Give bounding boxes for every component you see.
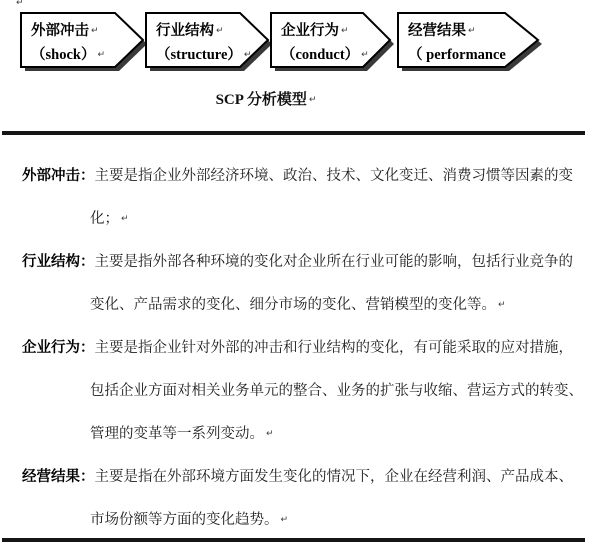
definition-first-line: 企业行为：主要是指企业针对外部的冲击和行业结构的变化，有可能采取的应对措施，	[22, 327, 580, 370]
paragraph-mark-icon: ↵	[468, 26, 476, 36]
definition-first-line: 经营结果：主要是指在外部环境方面发生变化的情况下，企业在经营利润、产品成本、	[22, 456, 580, 499]
definition-text: 变化、产品需求的变化、细分市场的变化、营销模型的变化等。	[90, 297, 496, 313]
document-page: ↵ 外部冲击↵（shock）↵行业结构↵（structure）↵企业行为↵（co…	[0, 0, 590, 550]
flow-box-subtitle: （structure）↵	[156, 43, 251, 67]
paragraph-mark-icon: ↵	[309, 95, 317, 105]
definition-colon: ：	[80, 168, 95, 184]
definition-term: 行业结构	[22, 254, 80, 270]
flow-box-text: 外部冲击↵（shock）↵	[31, 19, 105, 67]
flow-box-text: 企业行为↵（conduct）↵	[281, 19, 369, 67]
flow-box-structure: 行业结构↵（structure）↵	[145, 12, 274, 74]
paragraph-mark-icon: ↵	[281, 515, 289, 525]
flow-box-shock: 外部冲击↵（shock）↵	[20, 12, 149, 74]
flow-box-performance: 经营结果↵（ performance	[397, 12, 544, 74]
definition-text: 主要是指在外部环境方面发生变化的情况下，企业在经营利润、产品成本、	[95, 469, 574, 485]
definition-term: 经营结果	[22, 469, 80, 485]
flow-box-title: 行业结构↵	[156, 19, 251, 43]
flow-box-title: 经营结果↵	[408, 19, 506, 43]
definition-wrapped-line: 管理的变革等一系列变动。↵	[90, 413, 580, 456]
diagram-caption-text: SCP 分析模型	[216, 92, 307, 108]
bottom-divider-rule	[2, 538, 585, 542]
diagram-caption: SCP 分析模型↵	[0, 88, 532, 109]
definition-wrapped-line: 包括企业方面对相关业务单元的整合、业务的扩张与收缩、营运方式的转变、	[90, 370, 580, 413]
definition-wrapped-line: 化；↵	[90, 198, 580, 241]
paragraph-mark-icon: ↵	[266, 429, 274, 439]
definition-colon: ：	[80, 254, 95, 270]
top-divider-rule	[2, 131, 585, 135]
definition-text: 管理的变革等一系列变动。	[90, 426, 264, 442]
flow-box-text: 行业结构↵（structure）↵	[156, 19, 251, 67]
flow-box-subtitle: （shock）↵	[31, 43, 105, 67]
flow-box-text: 经营结果↵（ performance	[408, 19, 506, 67]
definition-term: 企业行为	[22, 340, 80, 356]
paragraph-mark-icon: ↵	[121, 214, 129, 224]
paragraph-mark-icon: ↵	[361, 50, 369, 60]
paragraph-mark-icon: ↵	[16, 0, 24, 8]
paragraph-mark-icon: ↵	[216, 26, 224, 36]
definition-colon: ：	[80, 340, 95, 356]
definition-paragraph: 外部冲击：主要是指企业外部经济环境、政治、技术、文化变迁、消费习惯等因素的变化；…	[22, 155, 580, 241]
definition-first-line: 行业结构：主要是指外部各种环境的变化对企业所在行业可能的影响，包括行业竞争的	[22, 241, 580, 284]
definition-paragraph: 企业行为：主要是指企业针对外部的冲击和行业结构的变化，有可能采取的应对措施，包括…	[22, 327, 580, 456]
definition-first-line: 外部冲击：主要是指企业外部经济环境、政治、技术、文化变迁、消费习惯等因素的变	[22, 155, 580, 198]
paragraph-mark-icon: ↵	[341, 26, 349, 36]
paragraph-mark-icon: ↵	[91, 26, 99, 36]
paragraph-mark-icon: ↵	[498, 300, 506, 310]
definition-wrapped-line: 市场份额等方面的变化趋势。↵	[90, 499, 580, 542]
definition-text: 主要是指外部各种环境的变化对企业所在行业可能的影响，包括行业竞争的	[95, 254, 574, 270]
definition-paragraph: 经营结果：主要是指在外部环境方面发生变化的情况下，企业在经营利润、产品成本、市场…	[22, 456, 580, 542]
paragraph-mark-icon: ↵	[244, 50, 252, 60]
definition-colon: ：	[80, 469, 95, 485]
definition-term: 外部冲击	[22, 168, 80, 184]
flow-box-title: 外部冲击↵	[31, 19, 105, 43]
flow-box-conduct: 企业行为↵（conduct）↵	[270, 12, 396, 74]
flow-box-subtitle: （conduct）↵	[281, 43, 369, 67]
flow-box-subtitle: （ performance	[408, 43, 506, 67]
definitions-block: 外部冲击：主要是指企业外部经济环境、政治、技术、文化变迁、消费习惯等因素的变化；…	[22, 155, 580, 542]
definition-paragraph: 行业结构：主要是指外部各种环境的变化对企业所在行业可能的影响，包括行业竞争的变化…	[22, 241, 580, 327]
paragraph-mark-icon: ↵	[97, 50, 105, 60]
definition-text: 化；	[90, 211, 119, 227]
definition-text: 主要是指企业针对外部的冲击和行业结构的变化，有可能采取的应对措施，	[95, 340, 574, 356]
definition-text: 主要是指企业外部经济环境、政治、技术、文化变迁、消费习惯等因素的变	[95, 168, 574, 184]
flow-box-title: 企业行为↵	[281, 19, 369, 43]
definition-text: 市场份额等方面的变化趋势。	[90, 512, 279, 528]
definition-wrapped-line: 变化、产品需求的变化、细分市场的变化、营销模型的变化等。↵	[90, 284, 580, 327]
definition-text: 包括企业方面对相关业务单元的整合、业务的扩张与收缩、营运方式的转变、	[90, 383, 583, 399]
